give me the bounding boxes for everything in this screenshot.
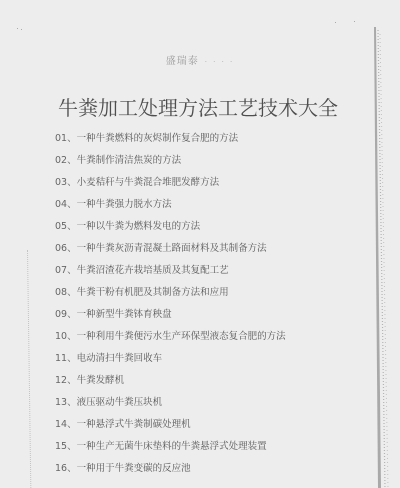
toc-item-number: 09、 [55,309,77,320]
toc-item-number: 03、 [55,177,77,188]
toc-item-text: 一种悬浮式牛粪制碳处理机 [77,419,191,430]
toc-item-text: 牛粪干粉有机肥及其制备方法和应用 [77,287,229,298]
toc-item-text: 一种牛粪强力脱水方法 [77,199,172,210]
scan-edge-right [360,0,400,488]
toc-item: 07、牛粪沼渣花卉栽培基质及其复配工艺 [55,264,286,286]
toc-item: 10、一种利用牛粪便污水生产环保型液态复合肥的方法 [55,330,286,352]
toc-item-text: 牛粪发酵机 [77,375,125,386]
toc-item-text: 液压驱动牛粪压块机 [77,397,163,408]
toc-item: 11、电动清扫牛粪回收车 [55,352,286,374]
toc-item-number: 11、 [55,353,77,364]
toc-item-number: 05、 [55,221,77,232]
toc-item-text: 一种生产无菌牛床垫料的牛粪悬浮式处理装置 [77,441,267,452]
toc-item-text: 一种以牛粪为燃料发电的方法 [77,221,201,232]
toc-item-number: 08、 [55,287,77,298]
toc-item: 14、一种悬浮式牛粪制碳处理机 [55,418,286,440]
toc-item-text: 一种牛粪燃料的灰烬制作复合肥的方法 [77,133,239,144]
scan-speck [17,28,18,29]
toc-item-number: 07、 [55,265,77,276]
scan-speck [354,21,355,22]
toc-item: 13、液压驱动牛粪压块机 [55,396,286,418]
scan-speck [21,29,22,30]
toc-item-number: 10、 [55,331,77,342]
toc-item: 06、一种牛粪灰沥青混凝土路面材料及其制备方法 [55,242,286,264]
toc-item-text: 一种牛粪灰沥青混凝土路面材料及其制备方法 [77,243,267,254]
header-mark-dots: · · · · [205,58,235,66]
toc-item-number: 06、 [55,243,77,254]
document-title: 牛粪加工处理方法工艺技术大全 [58,92,338,121]
scan-edge-left [27,250,32,488]
toc-item-text: 一种新型牛粪钵育秧盘 [77,309,172,320]
toc-item: 04、一种牛粪强力脱水方法 [55,198,286,220]
toc-item-number: 13、 [55,397,77,408]
toc-item: 09、一种新型牛粪钵育秧盘 [55,308,286,330]
toc-item: 05、一种以牛粪为燃料发电的方法 [55,220,286,242]
scan-speck [335,22,336,23]
toc-item-number: 12、 [55,375,77,386]
toc-item-number: 02、 [55,155,77,166]
toc-item-text: 电动清扫牛粪回收车 [77,353,163,364]
toc-item: 16、一种用于牛粪变碳的反应池 [55,462,286,484]
toc-item-number: 16、 [55,463,77,474]
toc-item-number: 01、 [55,133,77,144]
scanned-document-page: 盛瑞泰· · · · 牛粪加工处理方法工艺技术大全 01、一种牛粪燃料的灰烬制作… [0,0,400,488]
toc-item-number: 04、 [55,199,77,210]
toc-item-number: 15、 [55,441,77,452]
toc-item: 02、牛粪制作清洁焦炭的方法 [55,154,286,176]
header-watermark: 盛瑞泰· · · · [0,52,400,67]
toc-item: 03、小麦秸秆与牛粪混合堆肥发酵方法 [55,176,286,198]
header-mark-text: 盛瑞泰 [166,56,199,67]
toc-item-text: 牛粪沼渣花卉栽培基质及其复配工艺 [77,265,229,276]
toc-item-number: 14、 [55,419,77,430]
toc-item-text: 一种用于牛粪变碳的反应池 [77,463,191,474]
table-of-contents: 01、一种牛粪燃料的灰烬制作复合肥的方法 02、牛粪制作清洁焦炭的方法 03、小… [55,132,286,484]
toc-item-text: 牛粪制作清洁焦炭的方法 [77,155,182,166]
toc-item: 01、一种牛粪燃料的灰烬制作复合肥的方法 [55,132,286,154]
toc-item: 15、一种生产无菌牛床垫料的牛粪悬浮式处理装置 [55,440,286,462]
toc-item: 08、牛粪干粉有机肥及其制备方法和应用 [55,286,286,308]
toc-item-text: 一种利用牛粪便污水生产环保型液态复合肥的方法 [77,331,286,342]
toc-item-text: 小麦秸秆与牛粪混合堆肥发酵方法 [77,177,220,188]
toc-item: 12、牛粪发酵机 [55,374,286,396]
